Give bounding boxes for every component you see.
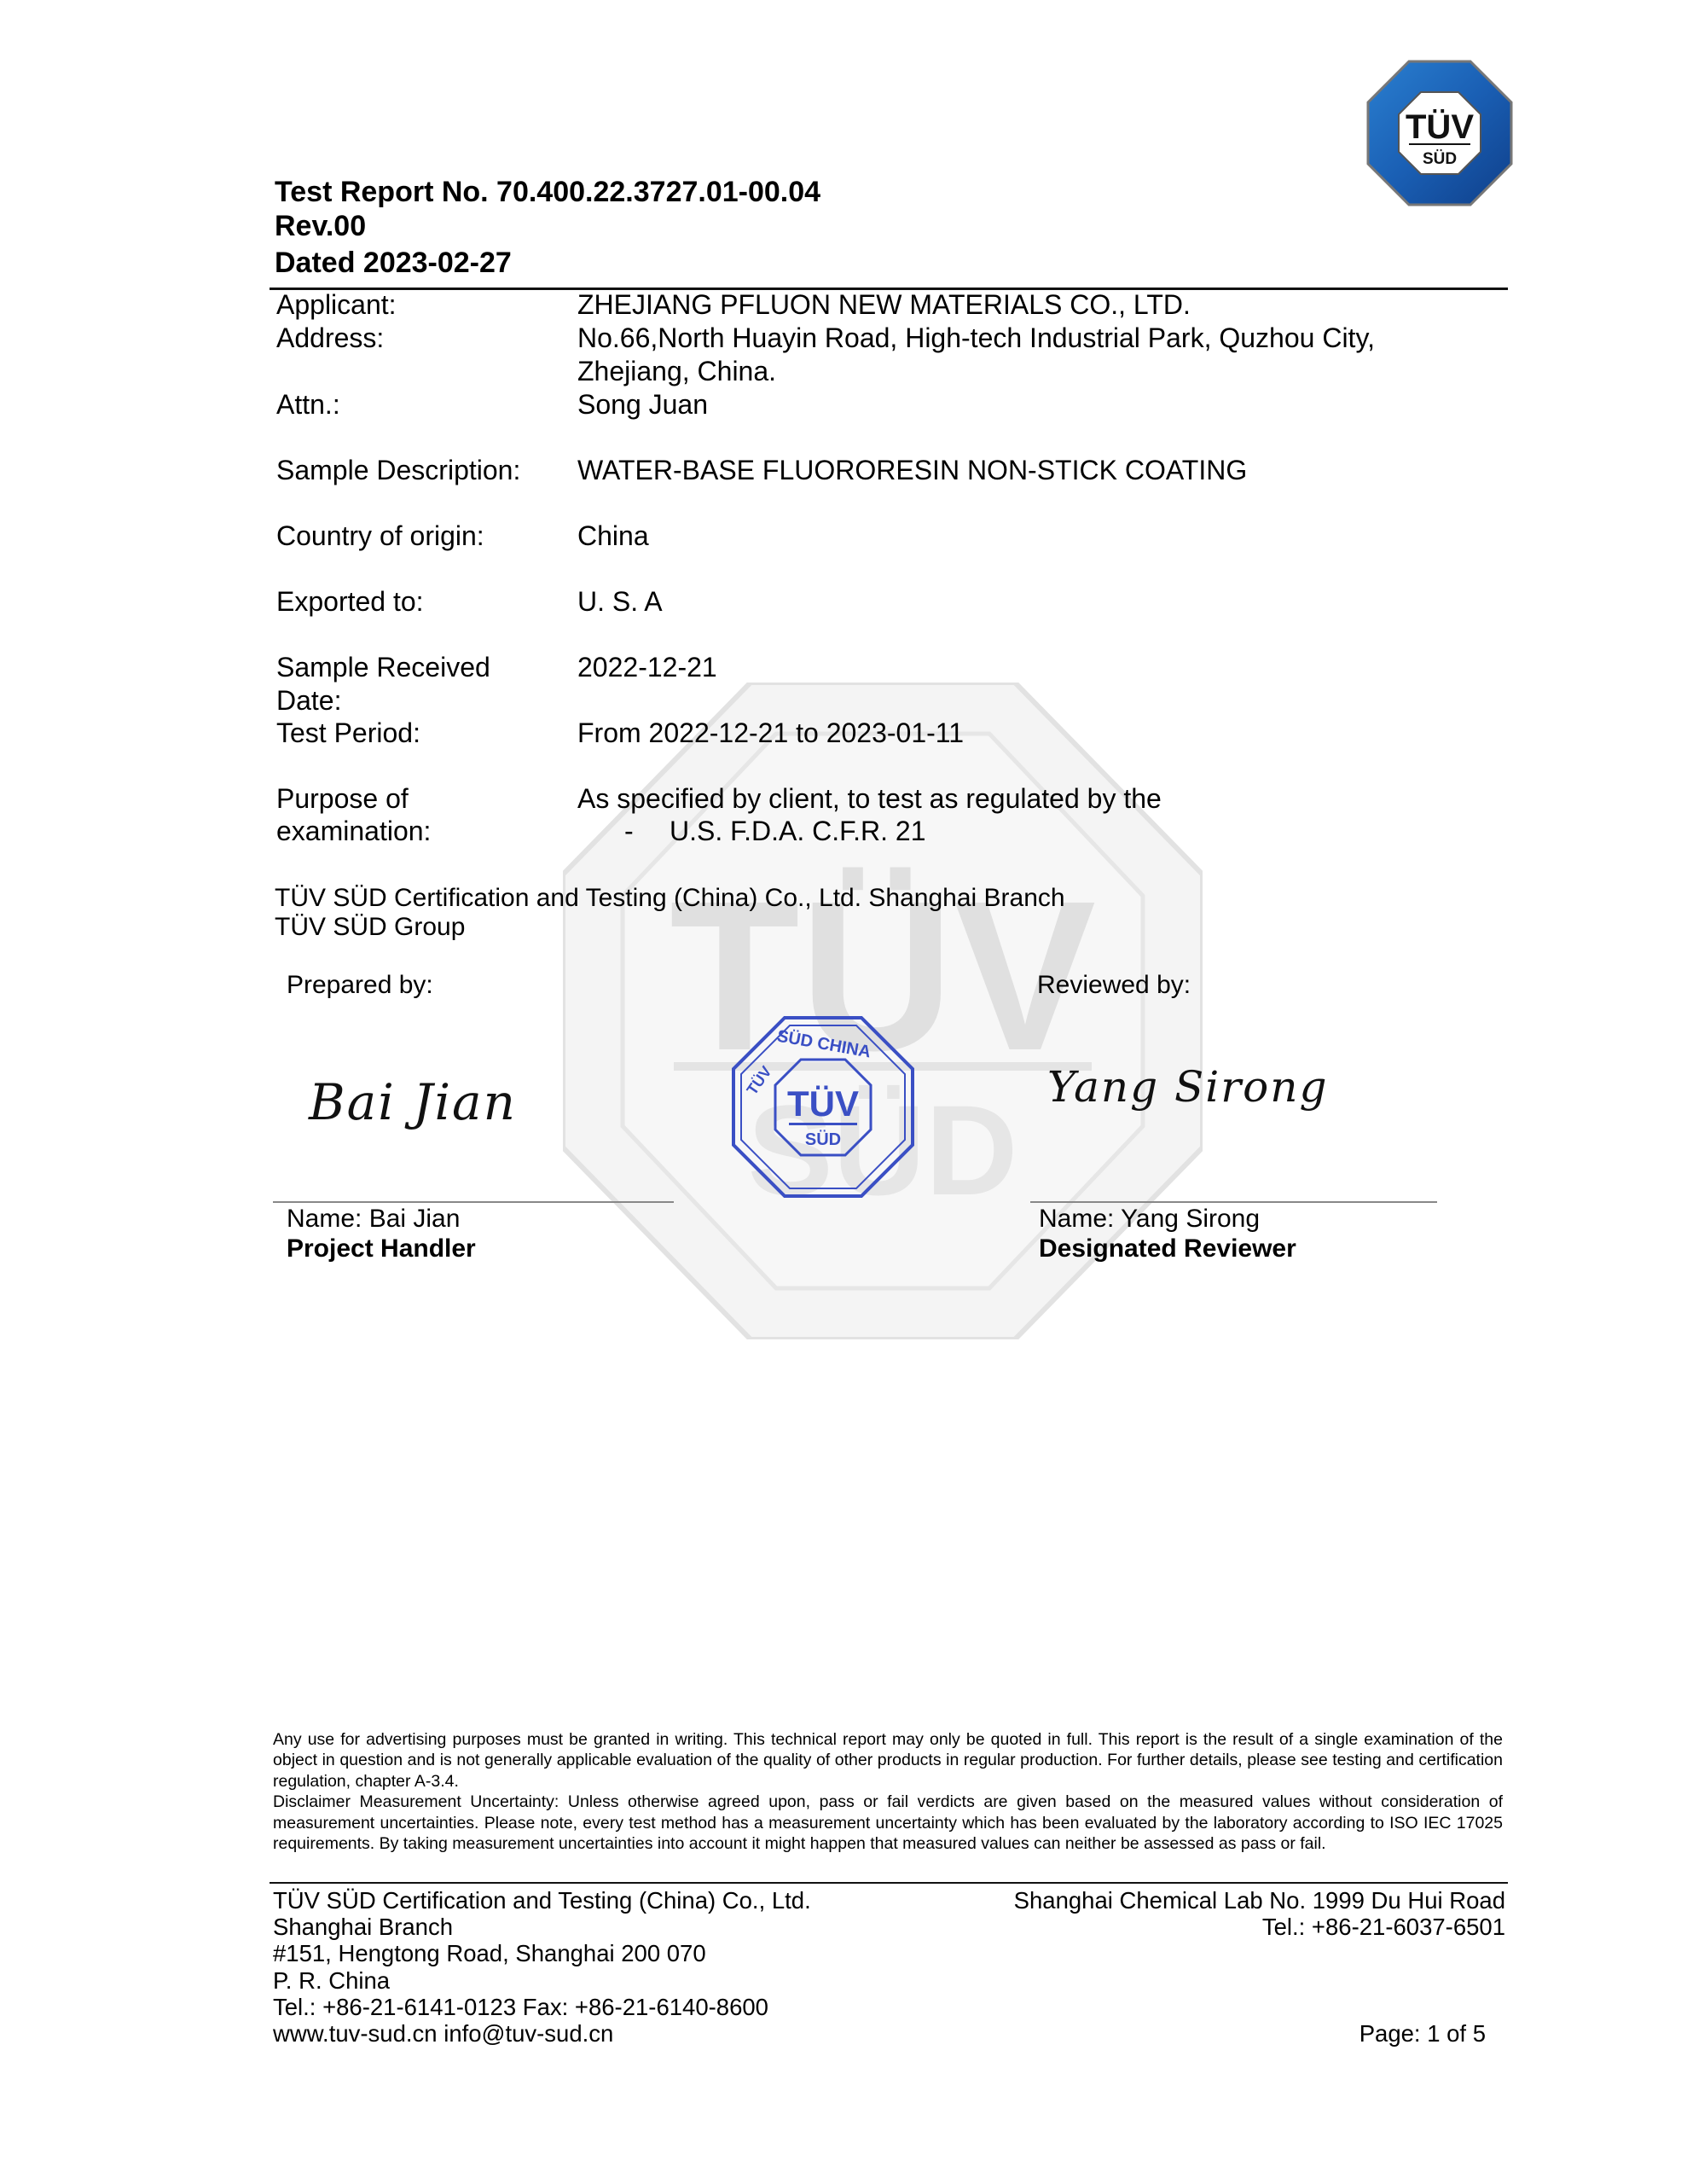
test-period-value: From 2022-12-21 to 2023-01-11 bbox=[577, 717, 964, 750]
country-of-origin-value: China bbox=[577, 520, 649, 553]
reviewed-by-label: Reviewed by: bbox=[1037, 970, 1191, 1001]
prepared-by-label: Prepared by: bbox=[287, 970, 433, 1001]
footer-lab: Shanghai Chemical Lab No. 1999 Du Hui Ro… bbox=[1014, 1887, 1505, 1940]
svg-text:TÜV: TÜV bbox=[787, 1083, 859, 1124]
footer-lab-address: Shanghai Chemical Lab No. 1999 Du Hui Ro… bbox=[1014, 1887, 1505, 1914]
attn-value: Song Juan bbox=[577, 388, 708, 421]
svg-text:TÜV: TÜV bbox=[1406, 107, 1474, 146]
footer-divider bbox=[270, 1882, 1508, 1884]
purpose-label-line2: examination: bbox=[276, 815, 431, 848]
applicant-label: Applicant: bbox=[276, 288, 397, 322]
svg-text:SÜD CHINA: SÜD CHINA bbox=[775, 1026, 872, 1062]
preparer-role: Project Handler bbox=[287, 1234, 476, 1263]
purpose-bullet: - bbox=[624, 815, 634, 848]
footer-web-email[interactable]: www.tuv-sud.cn info@tuv-sud.cn bbox=[273, 2020, 811, 2047]
purpose-value-line2: U.S. F.D.A. C.F.R. 21 bbox=[670, 815, 926, 848]
tuv-sud-china-stamp-icon: SÜD CHINA TÜV TÜV SÜD bbox=[731, 1015, 915, 1199]
sample-description-label: Sample Description: bbox=[276, 454, 520, 487]
organization-name: TÜV SÜD Certification and Testing (China… bbox=[275, 883, 1065, 914]
tuv-sud-logo-icon: TÜV SÜD bbox=[1366, 60, 1513, 206]
preparer-signature-line bbox=[273, 1201, 674, 1203]
sample-description-value: WATER-BASE FLUORORESIN NON-STICK COATING bbox=[577, 454, 1247, 487]
exported-to-label: Exported to: bbox=[276, 585, 424, 619]
page-number: Page: 1 of 5 bbox=[1359, 2020, 1486, 2047]
address-value-line2: Zhejiang, China. bbox=[577, 355, 776, 388]
reviewer-name: Name: Yang Sirong bbox=[1039, 1204, 1260, 1234]
sample-received-label-line2: Date: bbox=[276, 684, 341, 717]
disclaimer: Any use for advertising purposes must be… bbox=[273, 1729, 1503, 1854]
sample-received-value: 2022-12-21 bbox=[577, 651, 717, 684]
address-value-line1: No.66,North Huayin Road, High-tech Indus… bbox=[577, 322, 1375, 355]
footer-company: TÜV SÜD Certification and Testing (China… bbox=[273, 1887, 811, 1914]
measurement-uncertainty-disclaimer: Disclaimer Measurement Uncertainty: Unle… bbox=[273, 1792, 1503, 1854]
country-of-origin-label: Country of origin: bbox=[276, 520, 484, 553]
svg-text:SÜD: SÜD bbox=[805, 1130, 841, 1149]
purpose-value-line1: As specified by client, to test as regul… bbox=[577, 782, 1162, 816]
report-number: Test Report No. 70.400.22.3727.01-00.04 bbox=[275, 175, 820, 209]
preparer-name: Name: Bai Jian bbox=[287, 1204, 460, 1234]
reviewer-signature-line bbox=[1030, 1201, 1437, 1203]
purpose-label-line1: Purpose of bbox=[276, 782, 409, 816]
footer-address: TÜV SÜD Certification and Testing (China… bbox=[273, 1887, 811, 2047]
applicant-value: ZHEJIANG PFLUON NEW MATERIALS CO., LTD. bbox=[577, 288, 1191, 322]
footer-phone-fax: Tel.: +86-21-6141-0123 Fax: +86-21-6140-… bbox=[273, 1994, 811, 2020]
preparer-signature: Bai Jian bbox=[309, 1073, 517, 1131]
footer-lab-phone: Tel.: +86-21-6037-6501 bbox=[1014, 1914, 1505, 1940]
svg-text:SÜD: SÜD bbox=[1423, 150, 1457, 168]
report-date: Dated 2023-02-27 bbox=[275, 246, 512, 280]
revision: Rev.00 bbox=[275, 209, 366, 243]
reviewer-signature: Yang Sirong bbox=[1047, 1062, 1329, 1112]
footer-country: P. R. China bbox=[273, 1967, 811, 1994]
sample-received-label-line1: Sample Received bbox=[276, 651, 490, 684]
reviewer-role: Designated Reviewer bbox=[1039, 1234, 1296, 1263]
organization-group: TÜV SÜD Group bbox=[275, 912, 465, 943]
attn-label: Attn.: bbox=[276, 388, 340, 421]
address-label: Address: bbox=[276, 322, 384, 355]
test-period-label: Test Period: bbox=[276, 717, 420, 750]
advertising-disclaimer: Any use for advertising purposes must be… bbox=[273, 1729, 1503, 1792]
footer-branch: Shanghai Branch bbox=[273, 1914, 811, 1940]
footer-street: #151, Hengtong Road, Shanghai 200 070 bbox=[273, 1940, 811, 1966]
exported-to-value: U. S. A bbox=[577, 585, 663, 619]
